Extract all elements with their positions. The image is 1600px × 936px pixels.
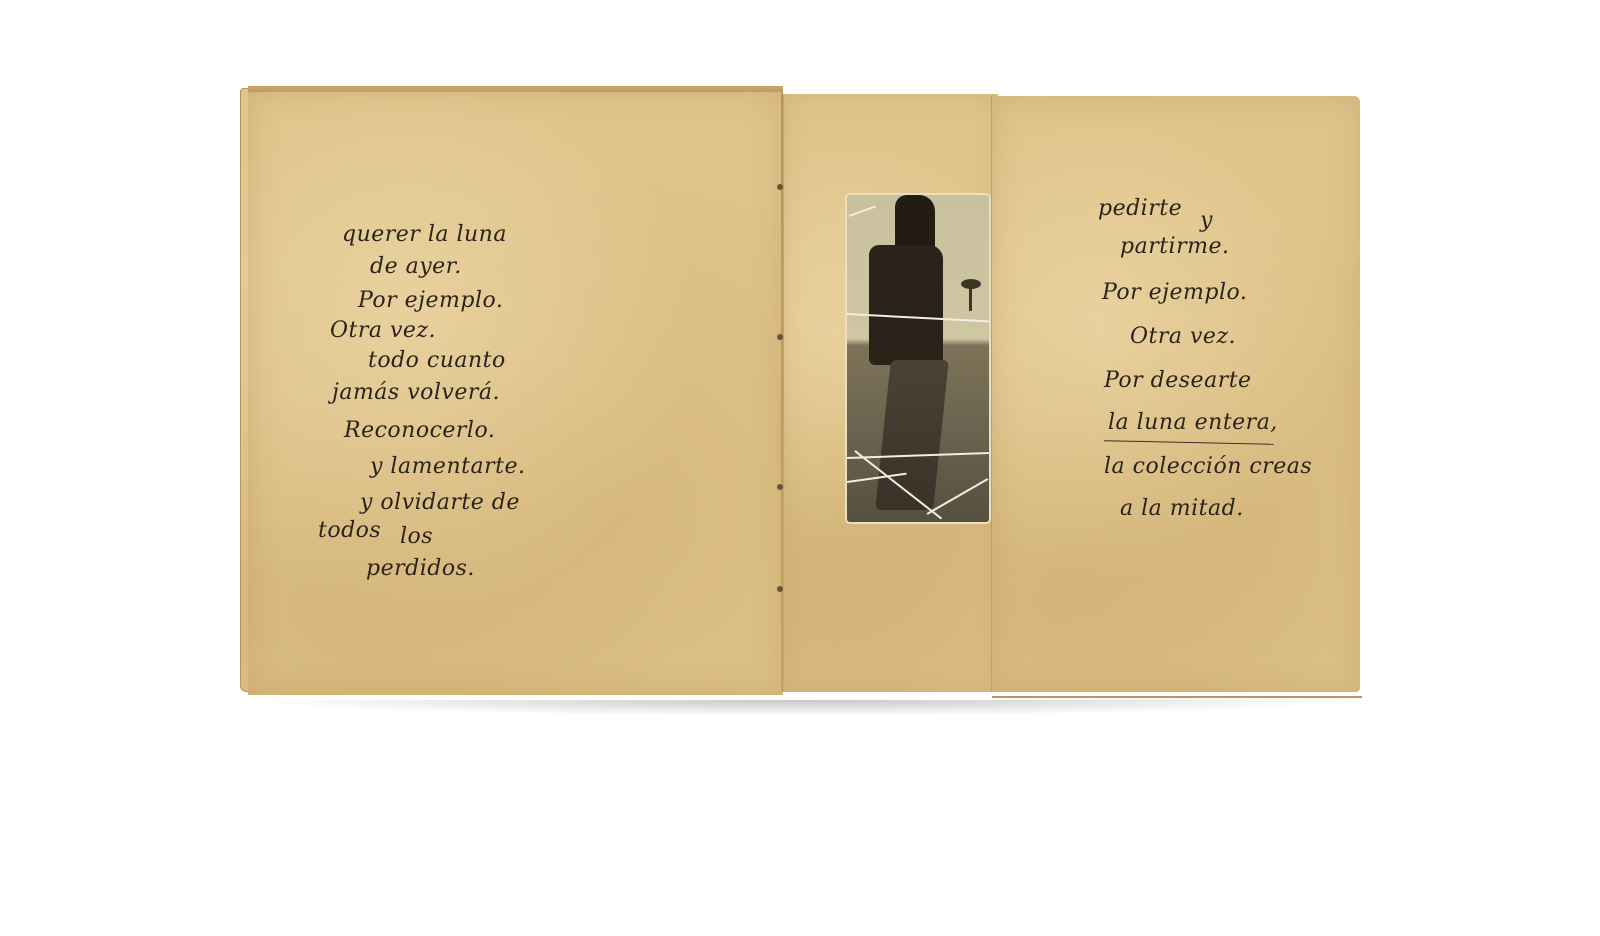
palm-tree-crown [961,279,981,289]
palm-tree-trunk [969,287,972,311]
handwritten-line: Por ejemplo. [358,290,503,312]
handwritten-line: todo cuanto [368,350,506,372]
left-page [248,86,783,695]
handwritten-line: todos [318,520,381,542]
figure-legs-silhouette [875,360,949,510]
open-book: querer la luna de ayer. Por ejemplo. Otr… [240,86,1362,708]
handwritten-line: partirme. [1120,236,1229,258]
right-fold-flap [992,96,1360,692]
handwritten-line: los [400,526,433,548]
handwritten-line: y [1200,210,1213,232]
handwritten-line: pedirte [1098,198,1182,220]
handwritten-line: Otra vez. [1130,326,1236,348]
cracked-photograph [847,195,989,522]
handwritten-line: Por desearte [1104,370,1252,392]
handwritten-line: la luna entera, [1108,412,1278,434]
handwritten-line: de ayer. [370,256,462,278]
figure-body-silhouette [869,245,943,365]
handwritten-line: Otra vez. [330,320,436,342]
handwritten-line: la colección creas [1104,456,1312,478]
handwritten-line: Reconocerlo. [344,420,495,442]
handwritten-line: y olvidarte de [360,492,520,514]
handwritten-line: perdidos. [366,558,475,580]
handwritten-line: Por ejemplo. [1102,282,1247,304]
handwritten-line: jamás volverá. [332,382,500,404]
handwritten-line: y lamentarte. [370,456,525,478]
handwritten-line: a la mitad. [1120,498,1244,520]
photo-crack [849,205,876,216]
handwritten-line: querer la luna [342,224,507,246]
